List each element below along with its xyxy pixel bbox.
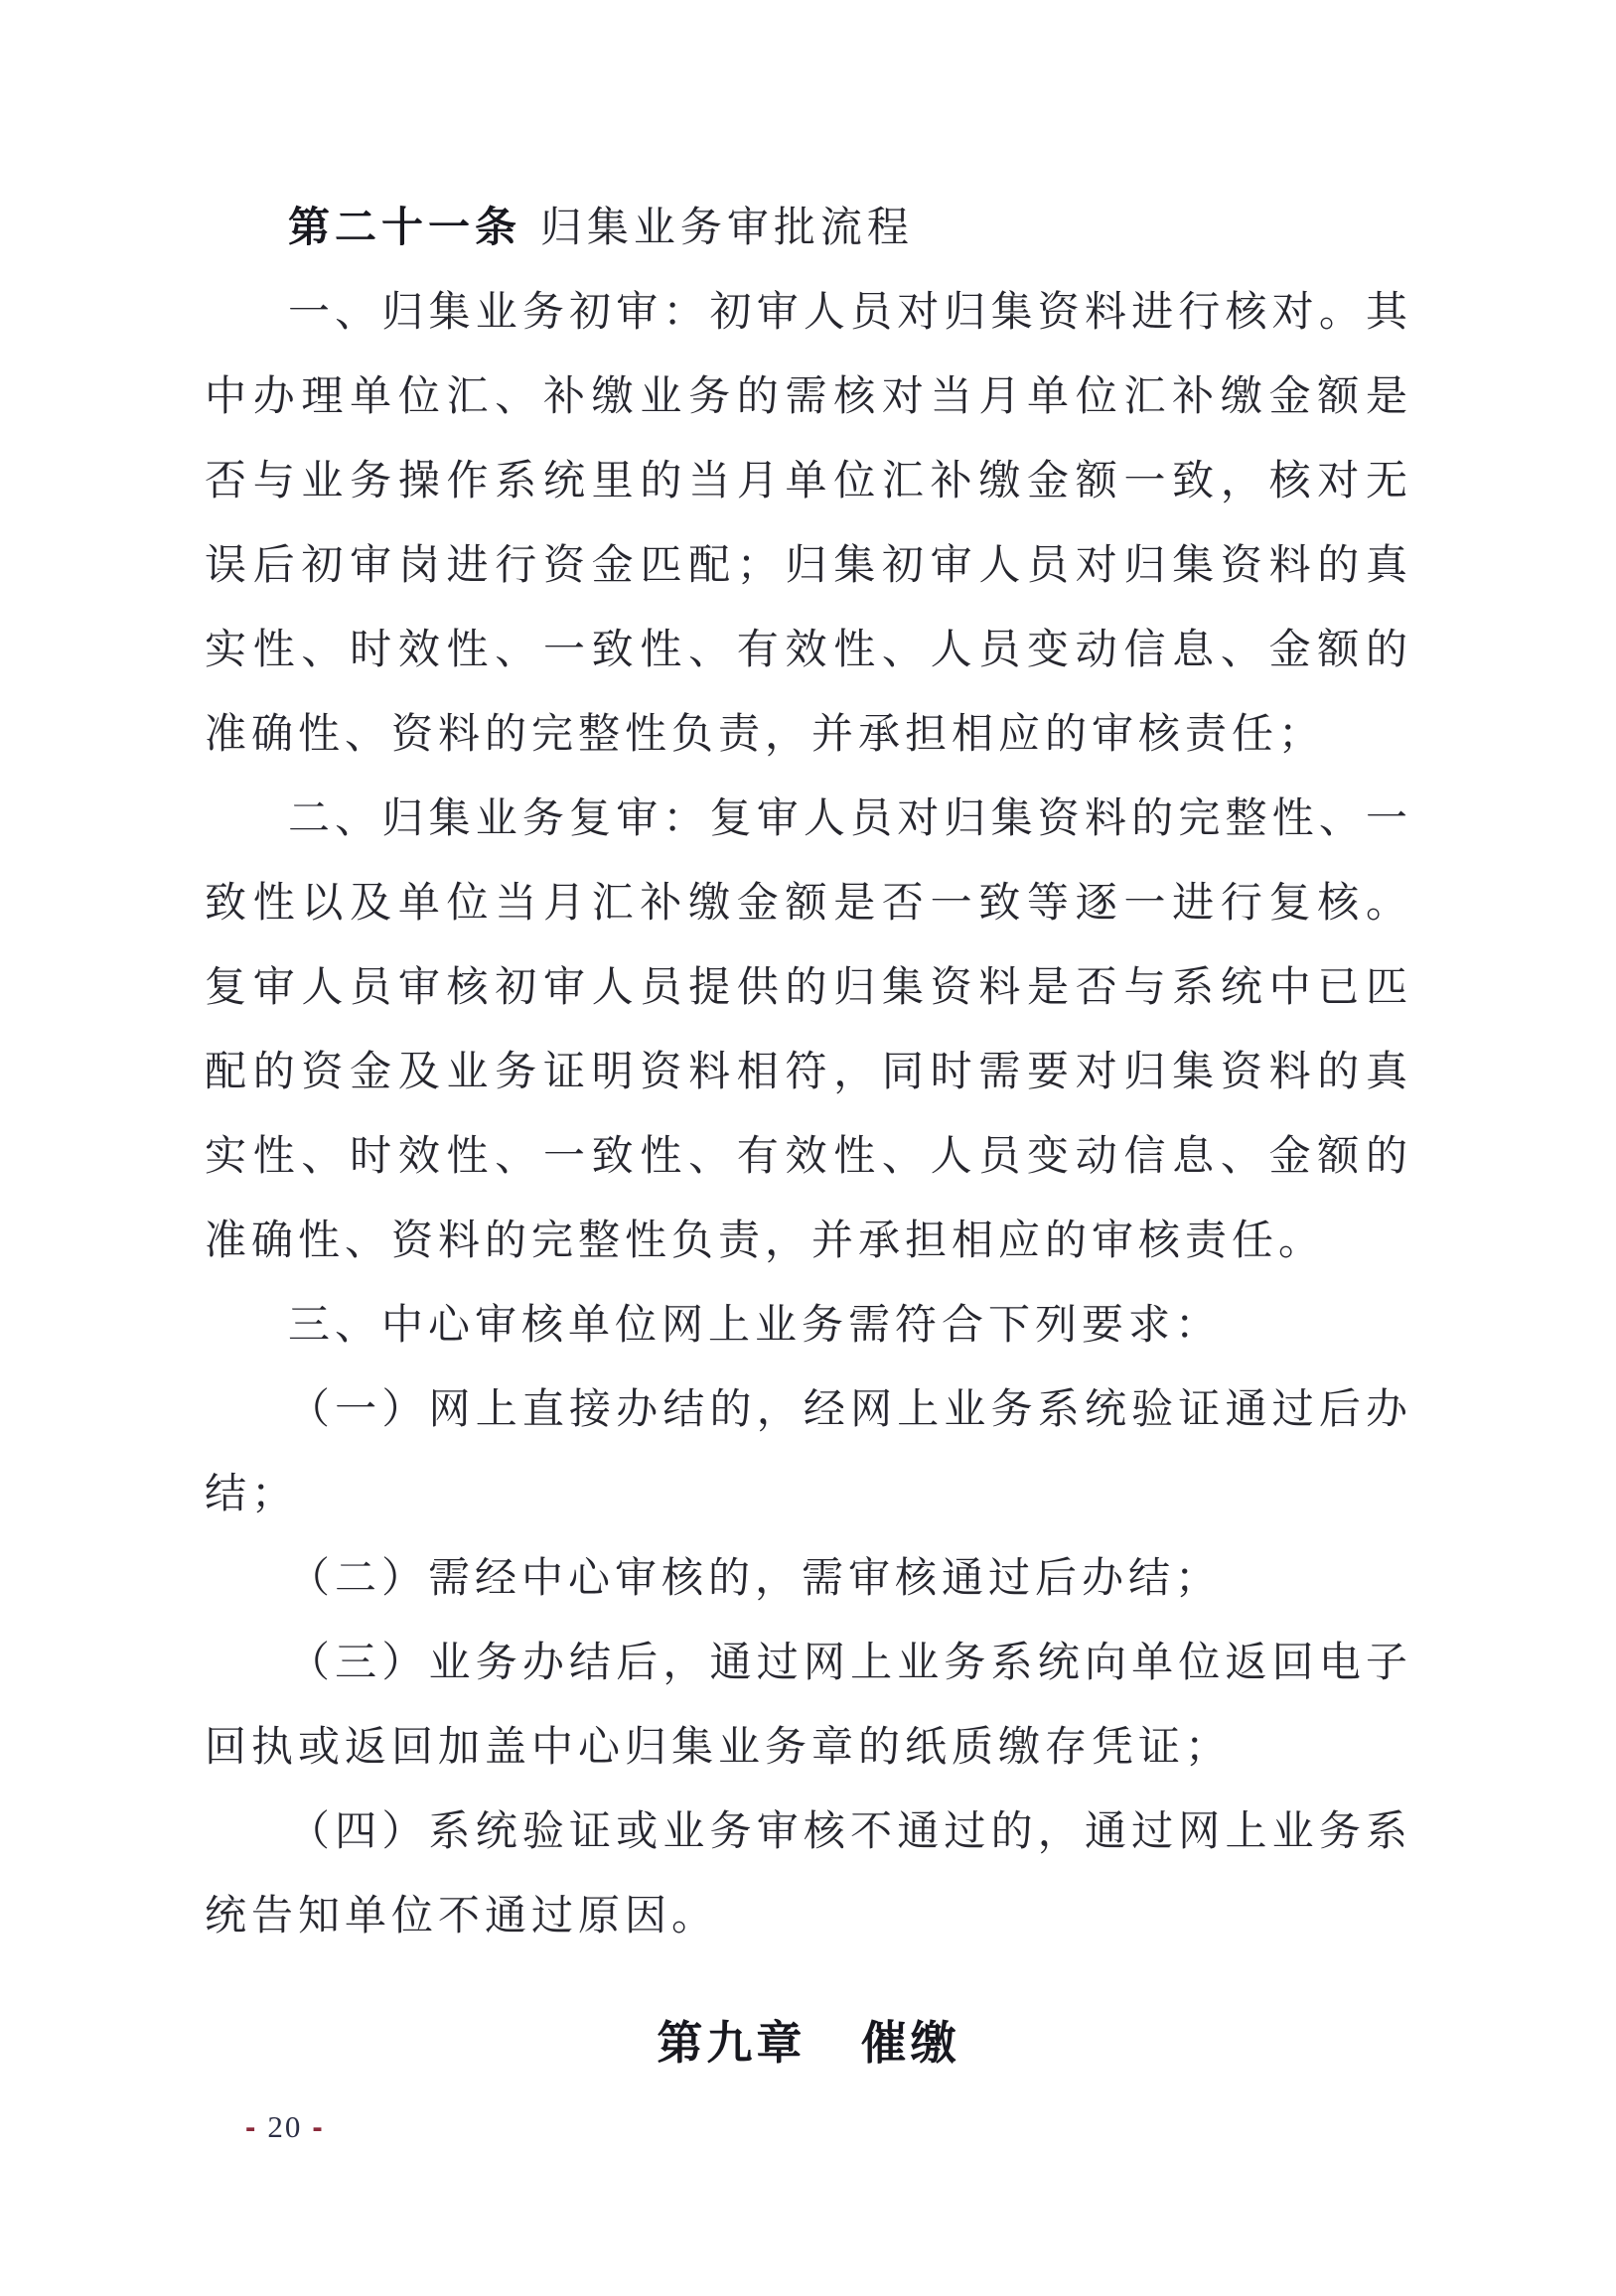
paragraph-6: （三）业务办结后，通过网上业务系统向单位返回电子回执或返回加盖中心归集业务章的纸… (205, 1622, 1412, 1791)
paragraph-5: （二）需经中心审核的，需审核通过后办结； (205, 1537, 1412, 1622)
page-content: 第二十一条归集业务审批流程 一、归集业务初审：初审人员对归集资料进行核对。其中办… (205, 185, 1412, 2085)
article-title: 归集业务审批流程 (540, 206, 914, 251)
paragraph-3: 三、中心审核单位网上业务需符合下列要求： (205, 1284, 1412, 1368)
paragraph-2: 二、归集业务复审：复审人员对归集资料的完整性、一致性以及单位当月汇补缴金额是否一… (205, 778, 1412, 1284)
article-heading: 第二十一条归集业务审批流程 (205, 185, 1412, 271)
chapter-heading: 第九章催缴 (205, 2001, 1412, 2085)
chapter-number: 第九章 (657, 2017, 806, 2069)
page-number: 20 (267, 2109, 302, 2144)
document-page: 第二十一条归集业务审批流程 一、归集业务初审：初审人员对归集资料进行核对。其中办… (0, 0, 1616, 2296)
page-number-dash-left: - (245, 2109, 257, 2144)
chapter-title: 催缴 (861, 2017, 960, 2069)
article-number: 第二十一条 (288, 204, 521, 250)
page-number-dash-right: - (312, 2109, 324, 2144)
page-footer: -20- (245, 2109, 325, 2145)
paragraph-1: 一、归集业务初审：初审人员对归集资料进行核对。其中办理单位汇、补缴业务的需核对当… (205, 271, 1412, 778)
paragraph-4: （一）网上直接办结的，经网上业务系统验证通过后办结； (205, 1368, 1412, 1537)
paragraph-7: （四）系统验证或业务审核不通过的，通过网上业务系统告知单位不通过原因。 (205, 1791, 1412, 1959)
